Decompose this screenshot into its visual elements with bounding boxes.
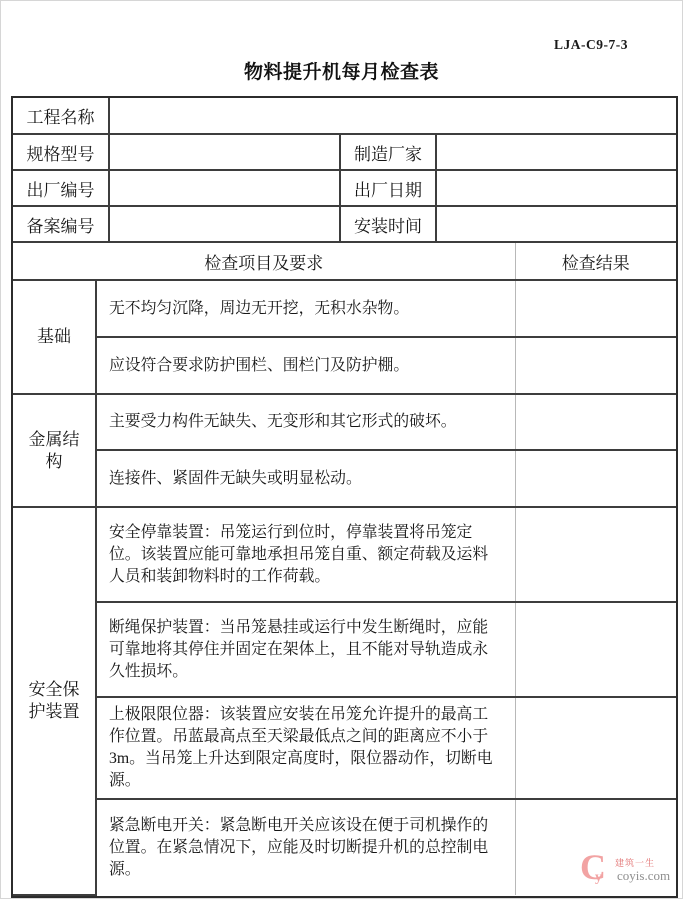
column-header-items: 检查项目及要求 xyxy=(13,243,515,280)
info-label-record-number: 备案编号 xyxy=(13,206,109,242)
table-row: 应设符合要求防护围栏、围栏门及防护棚。 xyxy=(13,337,676,394)
inspection-result-cell xyxy=(515,602,676,697)
section-label-metal-structure: 金属结构 xyxy=(13,394,96,507)
info-value-project-name xyxy=(109,98,676,134)
equipment-info-table: 工程名称 规格型号 制造厂家 出厂编号 出厂日期 备案编号 安装时间 xyxy=(13,98,676,243)
page-title: 物料提升机每月检查表 xyxy=(1,57,682,84)
info-label-install-time: 安装时间 xyxy=(340,206,436,242)
inspection-item-text: 连接件、紧固件无缺失或明显松动。 xyxy=(96,450,515,507)
info-row-project: 工程名称 xyxy=(13,98,676,134)
inspection-item-text: 主要受力构件无缺失、无变形和其它形式的破坏。 xyxy=(96,394,515,450)
inspection-item-text: 安全停靠装置：吊笼运行到位时，停靠装置将吊笼定位。该装置应能可靠地承担吊笼自重、… xyxy=(96,507,515,602)
info-value-install-time xyxy=(436,206,676,242)
inspection-form-table: 工程名称 规格型号 制造厂家 出厂编号 出厂日期 备案编号 安装时间 xyxy=(11,96,678,898)
info-value-factory-date xyxy=(436,170,676,206)
info-row-record: 备案编号 安装时间 xyxy=(13,206,676,242)
column-header-result: 检查结果 xyxy=(515,243,676,280)
section-label-safety-devices: 安全保护装置 xyxy=(13,507,96,895)
info-label-project-name: 工程名称 xyxy=(13,98,109,134)
info-label-factory-date: 出厂日期 xyxy=(340,170,436,206)
table-row: 紧急断电开关：紧急断电开关应该设在便于司机操作的位置。在紧急情况下，应能及时切断… xyxy=(13,799,676,895)
inspection-item-text: 无不均匀沉降，周边无开挖，无积水杂物。 xyxy=(96,280,515,337)
table-row: 基础 无不均匀沉降，周边无开挖，无积水杂物。 xyxy=(13,280,676,337)
inspection-result-cell xyxy=(515,280,676,337)
table-row: 断绳保护装置：当吊笼悬挂或运行中发生断绳时，应能可靠地将其停住并固定在架体上，且… xyxy=(13,602,676,697)
section-label-foundation: 基础 xyxy=(13,280,96,394)
inspection-result-cell xyxy=(515,394,676,450)
inspection-items-table: 检查项目及要求 检查结果 基础 无不均匀沉降，周边无开挖，无积水杂物。 应设符合… xyxy=(13,243,676,896)
info-label-model: 规格型号 xyxy=(13,134,109,170)
document-page: LJA-C9-7-3 物料提升机每月检查表 工程名称 规格型号 制造厂家 出厂编… xyxy=(0,0,683,899)
inspection-result-cell xyxy=(515,450,676,507)
info-row-model: 规格型号 制造厂家 xyxy=(13,134,676,170)
info-value-factory-number xyxy=(109,170,340,206)
inspection-result-cell xyxy=(515,507,676,602)
info-value-record-number xyxy=(109,206,340,242)
inspection-result-cell xyxy=(515,337,676,394)
info-value-manufacturer xyxy=(436,134,676,170)
table-row: 连接件、紧固件无缺失或明显松动。 xyxy=(13,450,676,507)
info-row-serial: 出厂编号 出厂日期 xyxy=(13,170,676,206)
inspection-header-row: 检查项目及要求 检查结果 xyxy=(13,243,676,280)
inspection-result-cell xyxy=(515,697,676,799)
info-value-model xyxy=(109,134,340,170)
info-label-manufacturer: 制造厂家 xyxy=(340,134,436,170)
inspection-item-text: 紧急断电开关：紧急断电开关应该设在便于司机操作的位置。在紧急情况下，应能及时切断… xyxy=(96,799,515,895)
table-row: 上极限限位器：该装置应安装在吊笼允许提升的最高工作位置。吊蓝最高点至天梁最低点之… xyxy=(13,697,676,799)
inspection-result-cell xyxy=(515,799,676,895)
inspection-item-text: 断绳保护装置：当吊笼悬挂或运行中发生断绳时，应能可靠地将其停住并固定在架体上，且… xyxy=(96,602,515,697)
table-row: 金属结构 主要受力构件无缺失、无变形和其它形式的破坏。 xyxy=(13,394,676,450)
form-code: LJA-C9-7-3 xyxy=(554,37,628,53)
inspection-item-text: 上极限限位器：该装置应安装在吊笼允许提升的最高工作位置。吊蓝最高点至天梁最低点之… xyxy=(96,697,515,799)
info-label-factory-number: 出厂编号 xyxy=(13,170,109,206)
table-row: 安全保护装置 安全停靠装置：吊笼运行到位时，停靠装置将吊笼定位。该装置应能可靠地… xyxy=(13,507,676,602)
inspection-item-text: 应设符合要求防护围栏、围栏门及防护棚。 xyxy=(96,337,515,394)
